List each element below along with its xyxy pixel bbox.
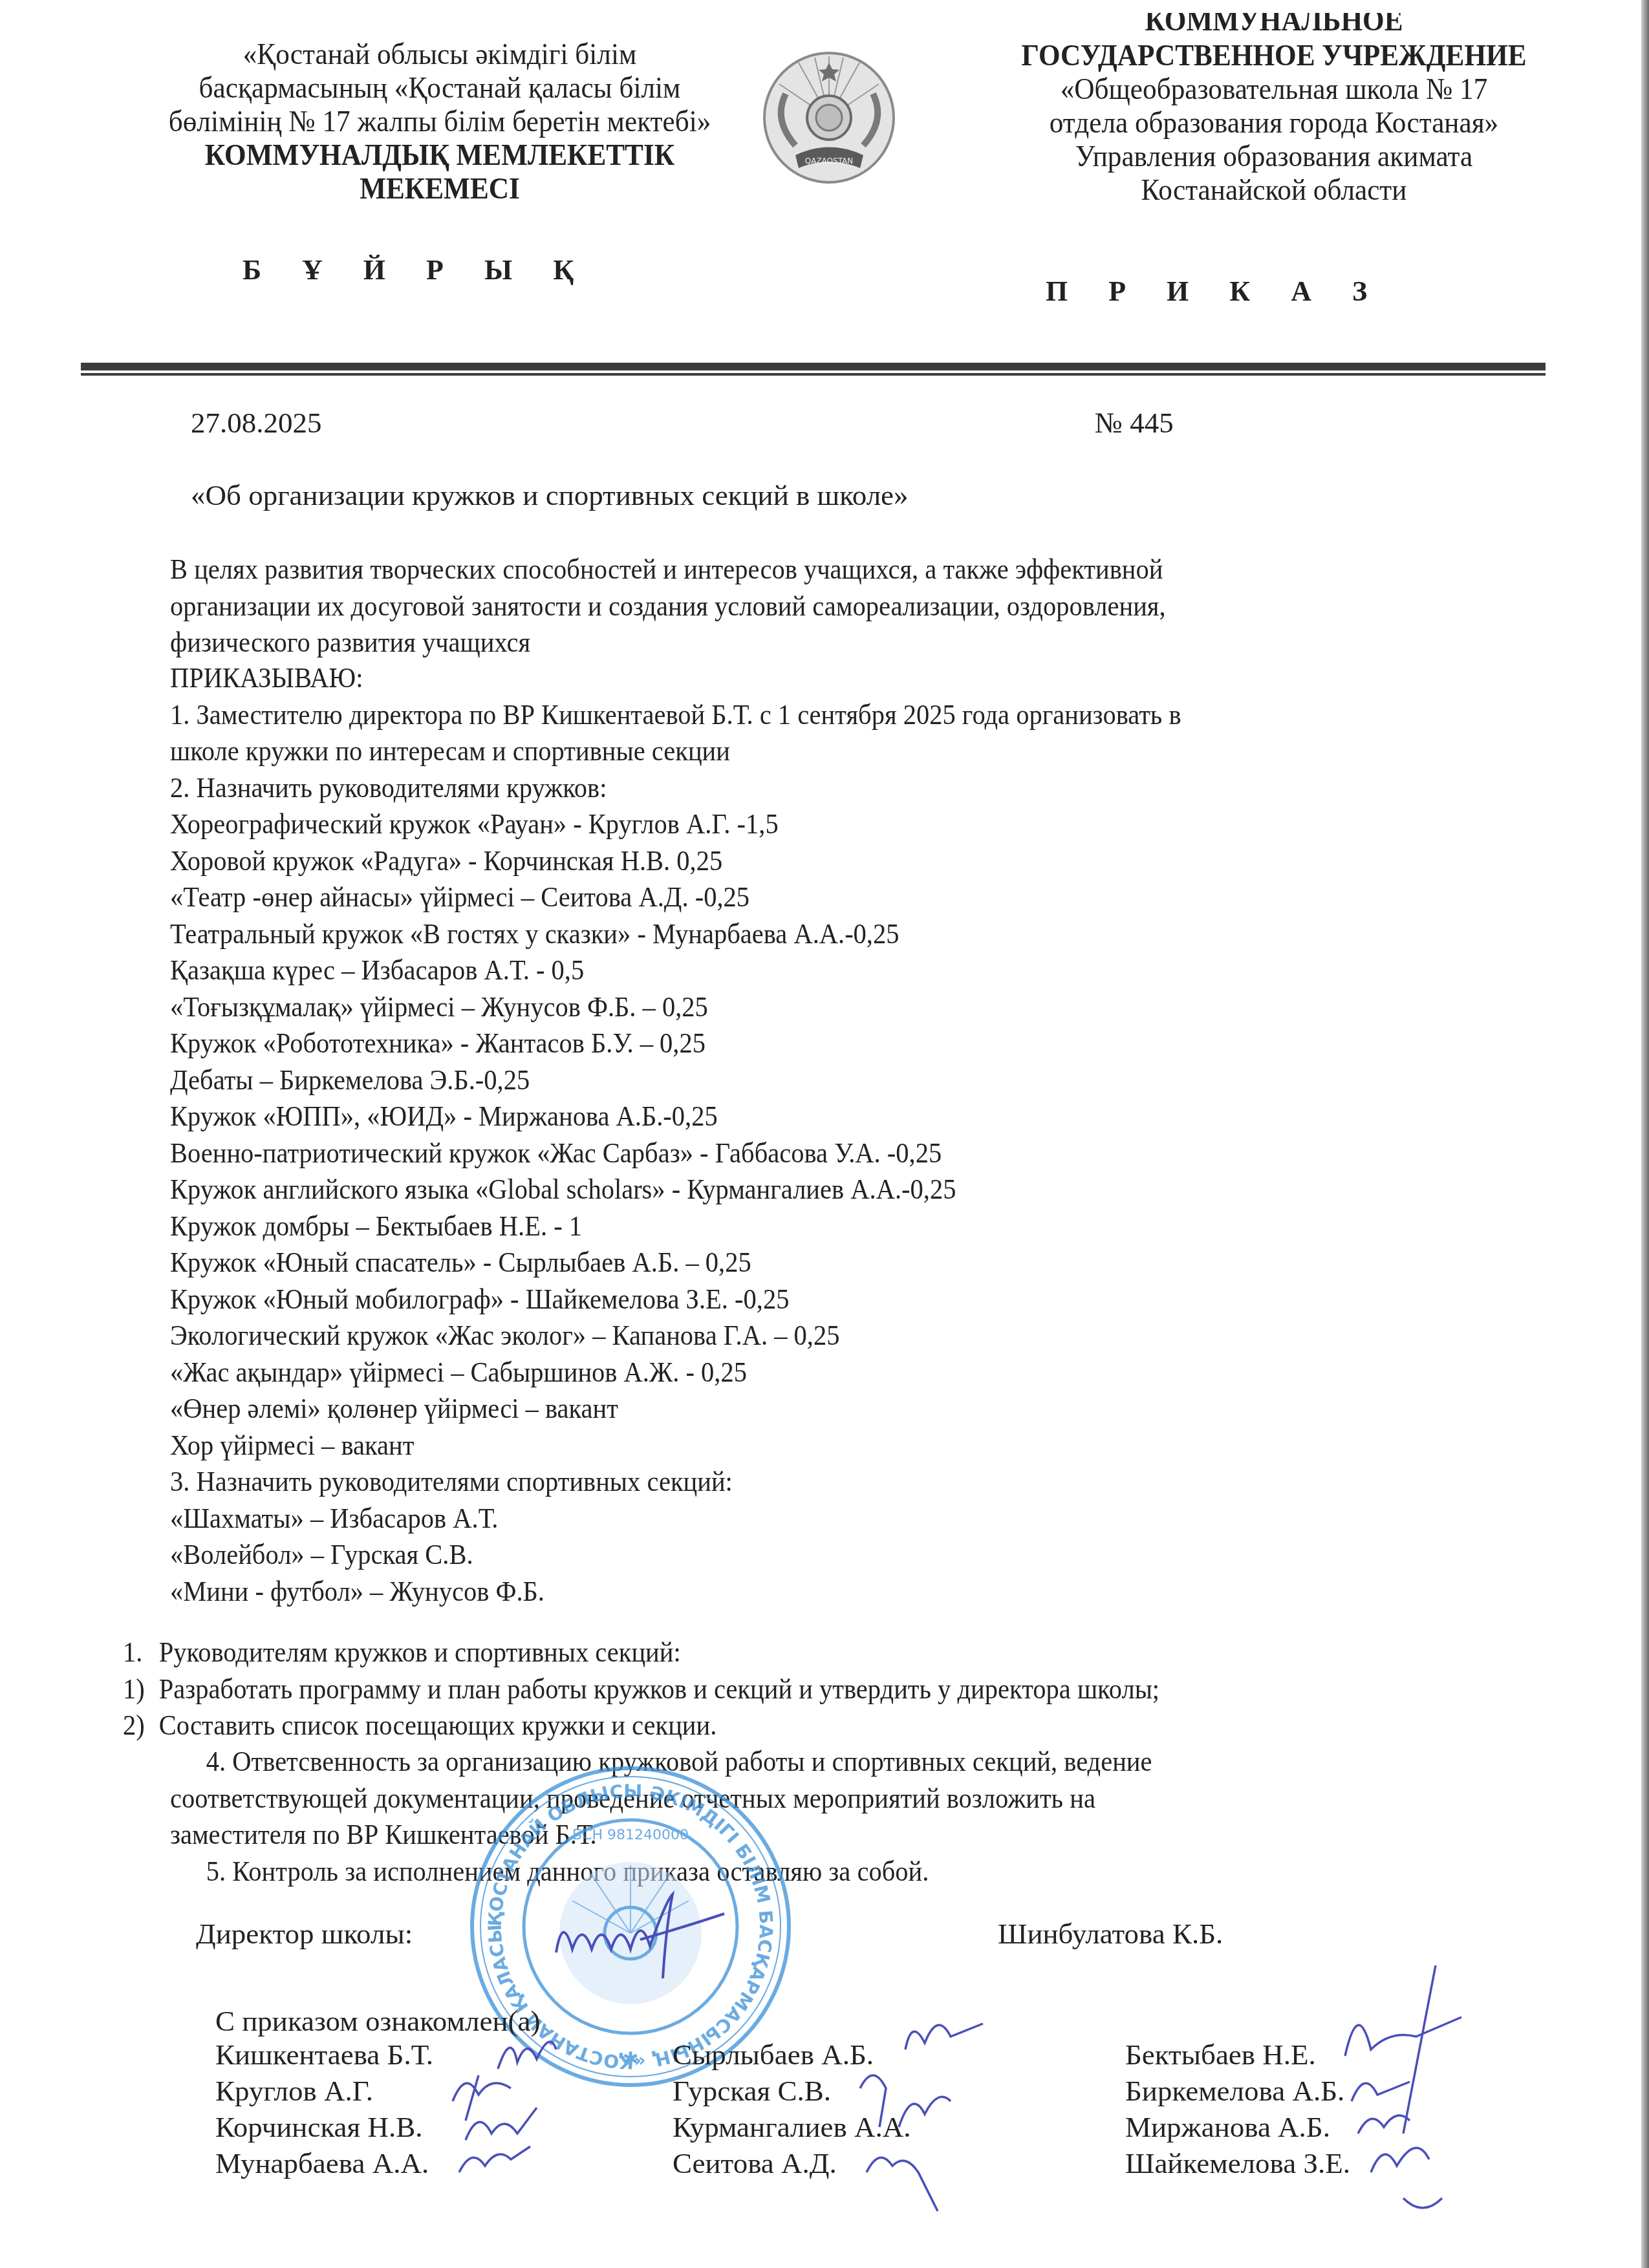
order-item-line: «Волейбол» – Гурская С.В. — [170, 1536, 1181, 1573]
order-item-line: Кружок домбры – Бектыбаев Н.Е. - 1 — [170, 1208, 1181, 1245]
header-kz-bold: МЕКЕМЕСІ — [145, 172, 735, 206]
acknowledgement-column: Сырлыбаев А.Б.Гурская С.В.Курмангалиев А… — [673, 2037, 911, 2181]
acknowledgement-name: Круглов А.Г. — [215, 2073, 433, 2109]
emblem-text: QAZAQSTAN — [805, 156, 854, 166]
order-item-line: Военно-патриотический кружок «Жас Сарбаз… — [170, 1135, 1181, 1171]
order-item-line: Хореографический кружок «Рауан» - Кругло… — [170, 806, 1181, 842]
director-name: Шинбулатова К.Б. — [998, 1917, 1223, 1951]
order-item-line: Кружок «Робототехника» - Жантасов Б.У. –… — [170, 1025, 1181, 1062]
acknowledgement-column: Кишкентаева Б.Т.Круглов А.Г.Корчинская Н… — [215, 2037, 433, 2181]
list-marker: 1. — [123, 1634, 159, 1671]
order-item-line: «Тоғызқұмалақ» үйірмесі – Жунусов Ф.Б. –… — [170, 989, 1181, 1025]
header-ru-line: Управления образования акимата — [965, 140, 1584, 173]
order-item-line: «Жас ақындар» үйірмесі – Сабыршинов А.Ж.… — [170, 1354, 1181, 1391]
acknowledgement-name: Биркемелова А.Б. — [1125, 2073, 1350, 2109]
order-title: «Об организации кружков и спортивных сек… — [191, 478, 909, 512]
header-divider-thin — [81, 373, 1546, 376]
acknowledgement-name: Шайкемелова З.Е. — [1125, 2145, 1350, 2181]
header-ru-line: отдела образования города Костаная» — [965, 106, 1584, 140]
order-item-line: 3. Назначить руководителями спортивных с… — [170, 1463, 1181, 1500]
order-item-line: Театральный кружок «В гостях у сказки» -… — [170, 915, 1181, 952]
order-word: ПРИКАЗЫВАЮ: — [170, 659, 1181, 696]
header-ru-bold: ГОСУДАРСТВЕННОЕ УЧРЕЖДЕНИЕ — [965, 39, 1584, 72]
list-item: 2)Составить список посещающих кружки и с… — [123, 1707, 1159, 1744]
acknowledgement-column: Бектыбаев Н.Е.Биркемелова А.Б.Миржанова … — [1125, 2037, 1350, 2181]
list-item: 1)Разработать программу и план работы кр… — [123, 1671, 1159, 1707]
order-item-line: 1. Заместителю директора по ВР Кишкентае… — [170, 696, 1181, 733]
list-item: 1.Руководителям кружков и спортивных сек… — [123, 1634, 1159, 1671]
order-item-line: Кружок «Юный мобилограф» - Шайкемелова З… — [170, 1281, 1181, 1318]
doc-type-kz: Б Ұ Й Р Ы Қ — [242, 253, 590, 286]
order-item-line: Кружок «ЮПП», «ЮИД» - Миржанова А.Б.-0,2… — [170, 1098, 1181, 1135]
order-items: ПРИКАЗЫВАЮ: 1. Заместителю директора по … — [170, 659, 1181, 733]
preamble-line: организации их досуговой занятости и соз… — [170, 588, 1166, 625]
header-kz: «Қостанай облысы әкімдігі білім басқарма… — [145, 37, 735, 206]
order-item-line: Қазақша күрес – Избасаров А.Т. - 0,5 — [170, 952, 1181, 989]
stamp-inner-text: БСН 981240000 — [572, 1827, 689, 1843]
order-item-line: 2. Назначить руководителями кружков: — [170, 769, 1181, 806]
preamble-line: В целях развития творческих способностей… — [170, 551, 1166, 588]
list-text: Составить список посещающих кружки и сек… — [159, 1709, 717, 1741]
header-kz-line: «Қостанай облысы әкімдігі білім — [145, 37, 735, 71]
acknowledgement-name: Бектыбаев Н.Е. — [1125, 2037, 1350, 2073]
doc-type-ru: П Р И К А З — [1046, 275, 1384, 308]
list-text: Разработать программу и план работы круж… — [159, 1673, 1159, 1705]
order-item-line: «Шахматы» – Избасаров А.Т. — [170, 1500, 1181, 1537]
responsibilities-list: 1.Руководителям кружков и спортивных сек… — [123, 1634, 1159, 1744]
order-date: 27.08.2025 — [191, 406, 322, 440]
acknowledgement-name: Гурская С.В. — [673, 2073, 911, 2109]
header-ru-line: Костанайской области — [965, 173, 1584, 207]
list-marker: 2) — [123, 1707, 159, 1744]
state-emblem-icon: QAZAQSTAN — [760, 48, 899, 187]
order-item-line: Экологический кружок «Жас эколог» – Капа… — [170, 1317, 1181, 1354]
order-item-line: «Өнер әлемі» қолөнер үйірмесі – вакант — [170, 1390, 1181, 1427]
order-item-line: Хоровой кружок «Радуга» - Корчинская Н.В… — [170, 842, 1181, 879]
acknowledgement-title: С приказом ознакомлен(а) — [215, 2004, 540, 2038]
director-role: Директор школы: — [196, 1917, 413, 1951]
order-item-line: «Театр -өнер айнасы» үйірмесі – Сеитова … — [170, 879, 1181, 915]
header-kz-line: басқармасының «Қостанай қаласы білім — [145, 71, 735, 105]
acknowledgement-name: Миржанова А.Б. — [1125, 2109, 1350, 2145]
header-kz-bold: КОММУНАЛДЫҚ МЕМЛЕКЕТТІК — [145, 138, 735, 172]
preamble-line: физического развития учащихся — [170, 624, 1166, 661]
svg-text:✱: ✱ — [622, 2049, 638, 2070]
header-ru-cut-line: КОММУНАЛЬНОЕ — [965, 13, 1584, 37]
order-item-line: Хор үйірмесі – вакант — [170, 1427, 1181, 1464]
order-item-line: школе кружки по интересам и спортивные с… — [170, 733, 1181, 769]
header-kz-line: бөлімінің № 17 жалпы білім беретін мекте… — [145, 105, 735, 138]
order-item-line: «Мини - футбол» – Жунусов Ф.Б. — [170, 1573, 1181, 1610]
order-item-line: Дебаты – Биркемелова Э.Б.-0,25 — [170, 1062, 1181, 1098]
scan-edge — [1641, 0, 1649, 2268]
acknowledgement-name: Сеитова А.Д. — [673, 2145, 911, 2181]
acknowledgement-name: Сырлыбаев А.Б. — [673, 2037, 911, 2073]
header-ru: КОММУНАЛЬНОЕ ГОСУДАРСТВЕННОЕ УЧРЕЖДЕНИЕ … — [965, 13, 1584, 207]
header-divider-thick — [81, 363, 1546, 370]
order-number: № 445 — [1095, 406, 1174, 440]
acknowledgement-name: Курмангалиев А.А. — [673, 2109, 911, 2145]
order-item-line: Кружок «Юный спасатель» - Сырлыбаев А.Б.… — [170, 1244, 1181, 1281]
list-marker: 1) — [123, 1671, 159, 1707]
acknowledgement-name: Кишкентаева Б.Т. — [215, 2037, 433, 2073]
order-item-line: Кружок английского языка «Global scholar… — [170, 1171, 1181, 1208]
acknowledgement-name: Мунарбаева А.А. — [215, 2145, 433, 2181]
list-text: Руководителям кружков и спортивных секци… — [159, 1636, 681, 1668]
header-ru-line: «Общеобразовательная школа № 17 — [965, 72, 1584, 106]
acknowledgement-name: Корчинская Н.В. — [215, 2109, 433, 2145]
preamble: В целях развития творческих способностей… — [170, 551, 1166, 661]
